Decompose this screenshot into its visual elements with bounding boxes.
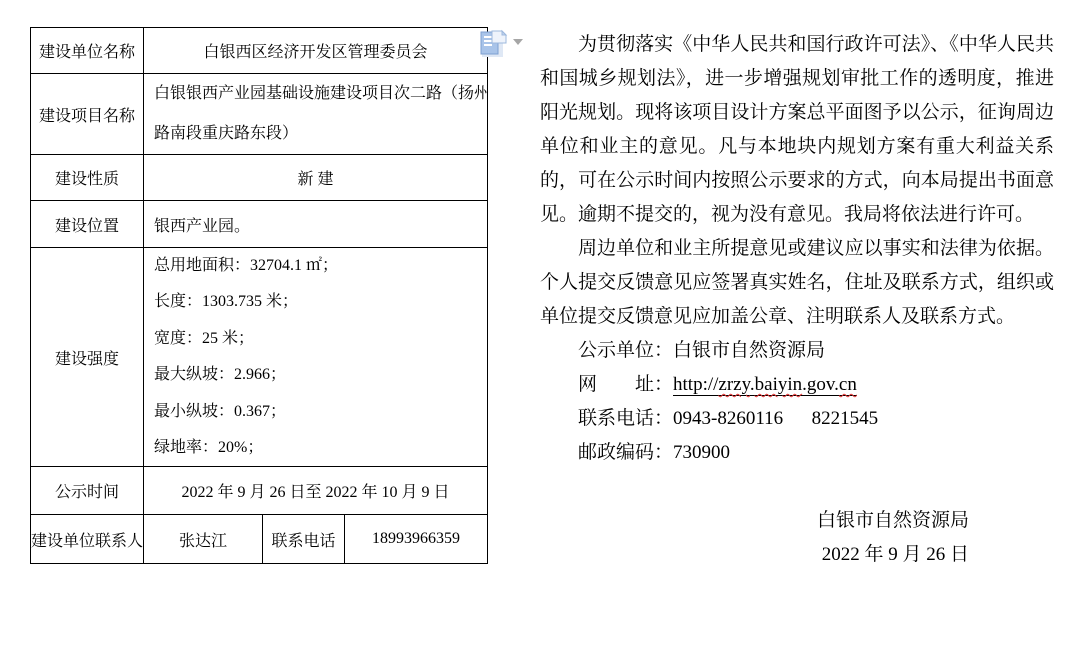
table-row: 建设单位名称 白银西区经济开发区管理委员会 (31, 28, 488, 74)
url-scheme: http:// (673, 374, 718, 395)
project-name-line2: 路南段重庆路东段） (154, 114, 477, 154)
row-label-notice-period: 公示时间 (31, 467, 144, 515)
postcode-line: 邮政编码：730900 (540, 436, 1054, 470)
table-row: 建设强度 总用地面积：32704.1 ㎡； 长度：1303.735 米； 宽度：… (31, 248, 488, 467)
url-part-zrzy: zrzy (718, 374, 749, 395)
spacer (540, 470, 1054, 504)
project-info-table: 建设单位名称 白银西区经济开发区管理委员会 建设项目名称 白银银西产业园基础设施… (30, 27, 488, 564)
publisher-line: 公示单位：白银市自然资源局 (540, 334, 1054, 368)
row-value-intensity: 总用地面积：32704.1 ㎡； 长度：1303.735 米； 宽度：25 米；… (144, 248, 488, 467)
row-value-notice-period: 2022 年 9 月 26 日至 2022 年 10 月 9 日 (144, 467, 488, 515)
website-link[interactable]: http://zrzy.baiyin.gov.cn (673, 374, 857, 396)
row-value-nature: 新 建 (144, 155, 488, 201)
table-row: 建设项目名称 白银银西产业园基础设施建设项目次二路（扬州 路南段重庆路东段） (31, 74, 488, 155)
paste-options-button[interactable] (476, 28, 528, 58)
row-label-project-name: 建设项目名称 (31, 74, 144, 155)
table-row: 建设位置 银西产业园。 (31, 201, 488, 248)
project-name-line1: 白银银西产业园基础设施建设项目次二路（扬州 (154, 74, 477, 114)
row-value-project-name: 白银银西产业园基础设施建设项目次二路（扬州 路南段重庆路东段） (144, 74, 488, 155)
notice-paragraph-2: 周边单位和业主所提意见或建议应以事实和法律为依据。个人提交反馈意见应签署真实姓名… (540, 232, 1054, 334)
clipboard-paste-icon (478, 29, 508, 59)
row-label-location: 建设位置 (31, 201, 144, 248)
website-line: 网 址：http://zrzy.baiyin.gov.cn (540, 368, 1054, 402)
notice-paragraph-1: 为贯彻落实《中华人民共和国行政许可法》、《中华人民共和国城乡规划法》，进一步增强… (540, 28, 1054, 232)
intensity-min-slope: 最小纵坡：0.367； (154, 394, 477, 430)
row-label-unit-name: 建设单位名称 (31, 28, 144, 74)
intensity-green-rate: 绿地率：20%； (154, 430, 477, 466)
url-part-gov: .gov. (802, 374, 839, 395)
url-part-baiyin: baiyin (755, 374, 803, 395)
row-value-unit-name: 白银西区经济开发区管理委员会 (144, 28, 488, 74)
notice-text-column: 为贯彻落实《中华人民共和国行政许可法》、《中华人民共和国城乡规划法》，进一步增强… (540, 28, 1054, 572)
row-value-contact-person: 张达江 (144, 515, 263, 564)
intensity-max-slope: 最大纵坡：2.966； (154, 357, 477, 393)
row-label-nature: 建设性质 (31, 155, 144, 201)
row-label-contact-person: 建设单位联系人 (31, 515, 144, 564)
table-row: 建设单位联系人 张达江 联系电话 18993966359 (31, 515, 488, 564)
intensity-width: 宽度：25 米； (154, 321, 477, 357)
row-label-intensity: 建设强度 (31, 248, 144, 467)
table-row: 建设性质 新 建 (31, 155, 488, 201)
signature-date: 2022 年 9 月 26 日 (540, 538, 969, 572)
signature-org: 白银市自然资源局 (540, 504, 969, 538)
row-label-contact-phone: 联系电话 (263, 515, 345, 564)
row-value-location: 银西产业园。 (144, 201, 488, 248)
website-label: 网 址： (578, 374, 673, 395)
url-part-cn: cn (839, 374, 857, 395)
chevron-down-icon[interactable] (513, 39, 523, 45)
document-page: 建设单位名称 白银西区经济开发区管理委员会 建设项目名称 白银银西产业园基础设施… (0, 0, 1086, 654)
signature-block: 白银市自然资源局 2022 年 9 月 26 日 (540, 504, 1054, 572)
phone-line: 联系电话：0943-8260116 8221545 (540, 402, 1054, 436)
table-row: 公示时间 2022 年 9 月 26 日至 2022 年 10 月 9 日 (31, 467, 488, 515)
intensity-land-area: 总用地面积：32704.1 ㎡； (154, 248, 477, 284)
intensity-length: 长度：1303.735 米； (154, 284, 477, 320)
row-value-contact-phone: 18993966359 (345, 515, 488, 564)
